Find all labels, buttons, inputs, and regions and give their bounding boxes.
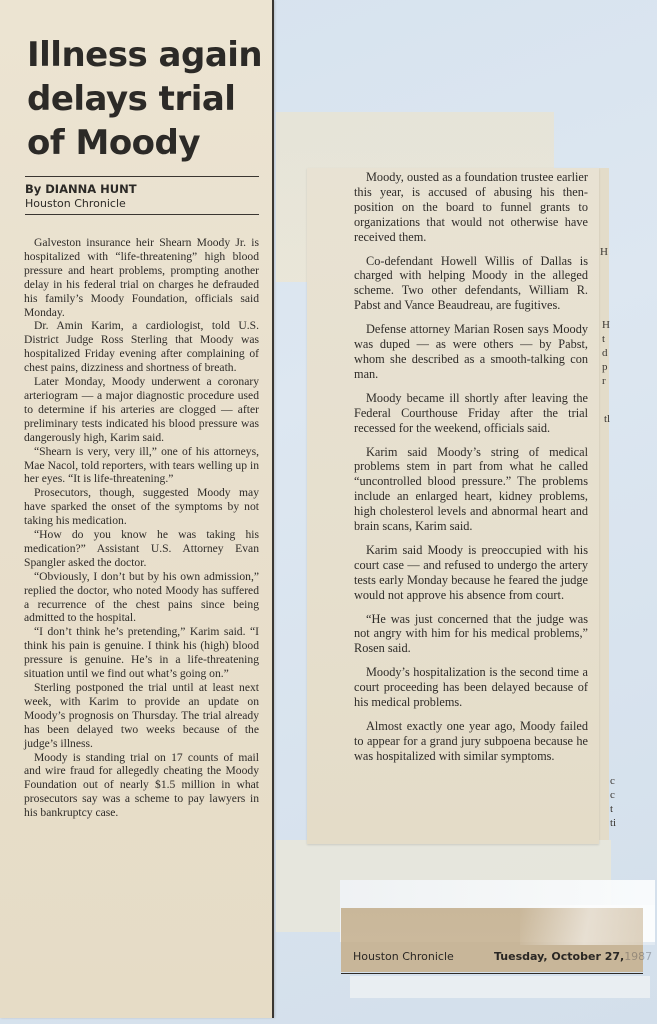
paragraph: Defense attorney Marian Rosen says Moody… (354, 322, 588, 382)
tape-strip-lower (350, 976, 650, 998)
paragraph: Almost exactly one year ago, Moody faile… (354, 719, 588, 764)
paragraph: Sterling postponed the trial until at le… (24, 681, 259, 751)
article-column-right: Moody, ousted as a foundation trustee ea… (354, 170, 588, 773)
paragraph: Moody, ousted as a foundation trustee ea… (354, 170, 588, 245)
paragraph: Moody’s hospitalization is the second ti… (354, 665, 588, 710)
paragraph: “Shearn is very, very ill,” one of his a… (24, 445, 259, 487)
article-column-left: Galveston insurance heir Shearn Moody Jr… (24, 236, 259, 820)
paragraph: “Obviously, I don’t but by his own admis… (24, 570, 259, 626)
byline-rule-bottom (25, 214, 259, 215)
headline: Illness again delays trial of Moody (27, 33, 267, 165)
paragraph: Later Monday, Moody underwent a coronary… (24, 375, 259, 445)
paragraph: “I don’t think he’s pretending,” Karim s… (24, 625, 259, 681)
paragraph: Karim said Moody’s string of medical pro… (354, 445, 588, 534)
dateline-date: Tuesday, October 27,1987 (494, 950, 652, 963)
dateline-year: 1987 (624, 950, 652, 963)
bleed-text: H t d p r (602, 318, 610, 388)
paragraph: Moody is standing trial on 17 counts of … (24, 751, 259, 821)
paragraph: “How do you know he was taking his medic… (24, 528, 259, 570)
byline-rule-top (25, 176, 259, 177)
paragraph: Galveston insurance heir Shearn Moody Jr… (24, 236, 259, 319)
paragraph: Dr. Amin Karim, a cardiologist, told U.S… (24, 319, 259, 375)
byline-org: Houston Chronicle (25, 197, 126, 210)
byline: By DIANNA HUNT (25, 182, 137, 196)
bleed-text: H (600, 245, 608, 259)
dateline-paper-name: Houston Chronicle (353, 950, 454, 963)
paragraph: Co-defendant Howell Willis of Dallas is … (354, 254, 588, 314)
dateline-rule (341, 973, 643, 974)
paragraph: “He was just concerned that the judge wa… (354, 612, 588, 657)
paragraph: Karim said Moody is preoccupied with his… (354, 543, 588, 603)
bleed-text: tl (604, 412, 610, 426)
paragraph: Prosecutors, though, suggested Moody may… (24, 486, 259, 528)
dateline-date-text: Tuesday, October 27, (494, 950, 624, 963)
paragraph: Moody became ill shortly after leaving t… (354, 391, 588, 436)
bleed-text: c c t ti (610, 774, 616, 830)
tape-glare (520, 905, 655, 945)
